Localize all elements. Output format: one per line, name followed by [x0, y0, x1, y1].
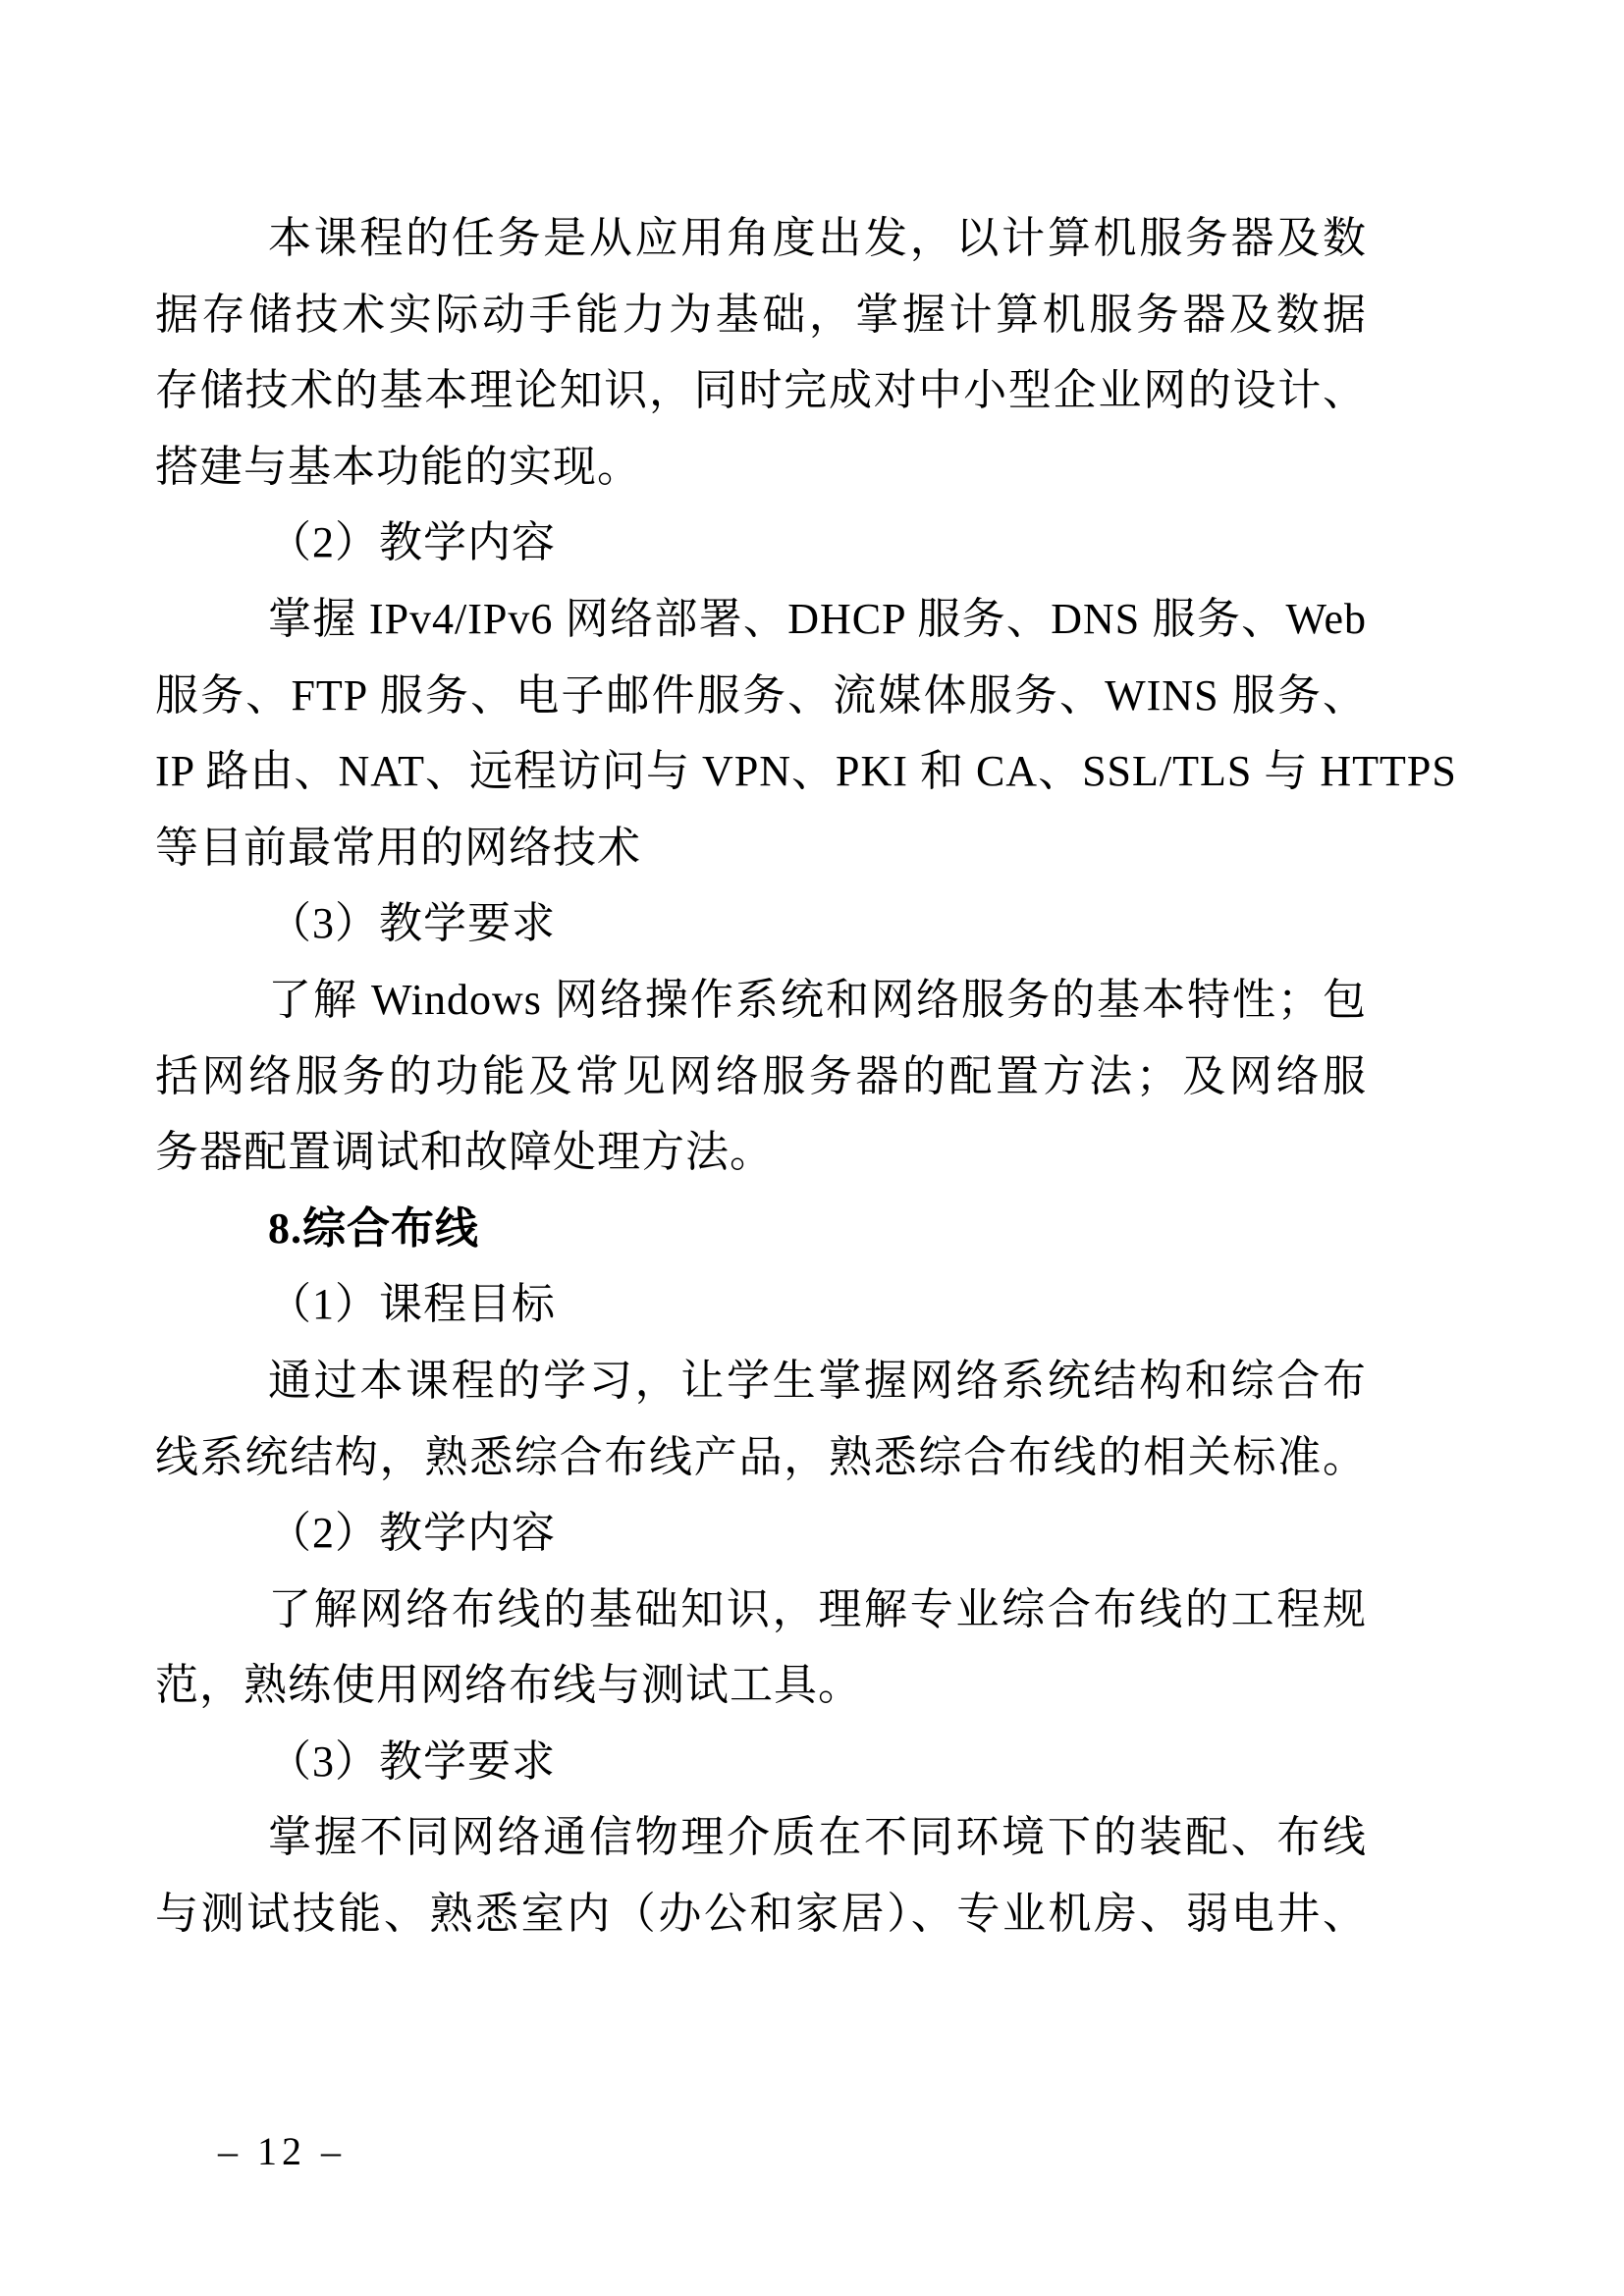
page-footer: – 12 –: [218, 2128, 346, 2174]
subheading-line: （2）教学内容: [155, 505, 1367, 581]
para-line: 通过本课程的学习，让学生掌握网络系统结构和综合布: [155, 1343, 1367, 1419]
para-line: 掌握不同网络通信物理介质在不同环境下的装配、布线: [155, 1799, 1367, 1876]
para-line: 掌握 IPv4/IPv6 网络部署、DHCP 服务、DNS 服务、Web: [155, 581, 1367, 658]
subheading-line: （2）教学内容: [155, 1495, 1367, 1572]
section-heading: 8.综合布线: [155, 1191, 1367, 1267]
para-line: 了解网络布线的基础知识，理解专业综合布线的工程规: [155, 1572, 1367, 1648]
subheading-line: （3）教学要求: [155, 1724, 1367, 1800]
para-line: 范，熟练使用网络布线与测试工具。: [155, 1647, 1367, 1724]
para-line: IP 路由、NAT、远程访问与 VPN、PKI 和 CA、SSL/TLS 与 H…: [155, 733, 1367, 810]
para-line: 据存储技术实际动手能力为基础，掌握计算机服务器及数据: [155, 277, 1367, 353]
para-line: 了解 Windows 网络操作系统和网络服务的基本特性；包: [155, 962, 1367, 1039]
document-page: 本课程的任务是从应用角度出发，以计算机服务器及数 据存储技术实际动手能力为基础，…: [0, 0, 1624, 2296]
document-body: 本课程的任务是从应用角度出发，以计算机服务器及数 据存储技术实际动手能力为基础，…: [155, 200, 1367, 1952]
subheading-line: （3）教学要求: [155, 885, 1367, 962]
para-line: 服务、FTP 服务、电子邮件服务、流媒体服务、WINS 服务、: [155, 658, 1367, 734]
para-line: 等目前最常用的网络技术: [155, 810, 1367, 886]
para-line: 与测试技能、熟悉室内（办公和家居）、专业机房、弱电井、: [155, 1876, 1367, 1952]
para-line: 线系统结构，熟悉综合布线产品，熟悉综合布线的相关标准。: [155, 1419, 1367, 1496]
para-line: 本课程的任务是从应用角度出发，以计算机服务器及数: [155, 200, 1367, 277]
para-line: 搭建与基本功能的实现。: [155, 429, 1367, 506]
page-number: – 12 –: [218, 2129, 346, 2173]
para-line: 存储技术的基本理论知识，同时完成对中小型企业网的设计、: [155, 352, 1367, 429]
para-line: 务器配置调试和故障处理方法。: [155, 1114, 1367, 1191]
subheading-line: （1）课程目标: [155, 1266, 1367, 1343]
para-line: 括网络服务的功能及常见网络服务器的配置方法；及网络服: [155, 1039, 1367, 1115]
